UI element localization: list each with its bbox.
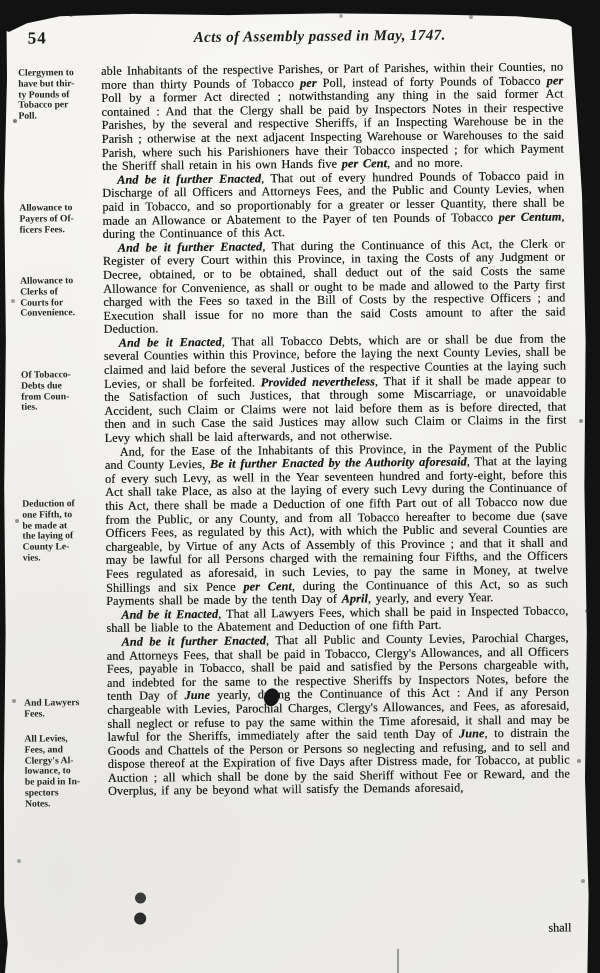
italic-text: per Centum [498, 209, 561, 224]
page-content: 54 Acts of Assembly passed in May, 1747.… [0, 0, 600, 973]
body-paragraph: able Inhabitants of the respective Paris… [101, 60, 564, 173]
body-text: , and no more. [387, 156, 463, 171]
scan-scratch-line [397, 949, 399, 973]
margin-note: Of Tobacco- Debts due from Coun- ties. [21, 370, 103, 414]
italic-text: April [342, 592, 368, 606]
italic-text: June [459, 726, 485, 740]
margin-note: Clergymen to have but thir- ty Pounds of… [18, 68, 101, 123]
margin-note: Allowance to Clerks of Courts for Conven… [20, 276, 102, 320]
body-paragraph: And be it further Enacted, That all Publ… [106, 631, 570, 799]
ink-blot [134, 912, 146, 924]
italic-text: June [184, 688, 210, 702]
margin-note: Allowance to Payers of Of- ficers Fees. [19, 203, 101, 236]
italic-text: And be it Enacted [121, 607, 218, 622]
body-paragraph: And, for the Ease of the Inhabitants of … [105, 441, 569, 609]
body-text: Poll by a former Act directed ; notwiths… [101, 87, 564, 173]
body-text: , That at the laying of every such Levy,… [105, 454, 568, 595]
scan-speckles [0, 0, 2, 2]
margin-note: Deduction of one Fifth, to be made at th… [22, 499, 105, 565]
scanned-page: 54 Acts of Assembly passed in May, 1747.… [0, 0, 600, 973]
body-paragraph: And be it Enacted, That all Tobacco Debt… [104, 332, 567, 445]
margin-note: All Levies, Fees, and Clergy's Al- lowan… [24, 734, 107, 810]
margin-note: And Lawyers Fees. [24, 698, 106, 720]
italic-text: per [300, 75, 317, 89]
page-sheet: 54 Acts of Assembly passed in May, 1747.… [0, 0, 600, 973]
italic-text: per [547, 73, 564, 87]
body-text-column: able Inhabitants of the respective Paris… [101, 60, 570, 798]
ink-blot [135, 892, 146, 903]
body-paragraph: And be it further Enacted, That during t… [103, 237, 566, 337]
italic-text: per Cent [243, 579, 292, 593]
body-paragraph: And be it further Enacted, That out of e… [102, 169, 565, 241]
italic-text: per Cent [342, 156, 387, 170]
